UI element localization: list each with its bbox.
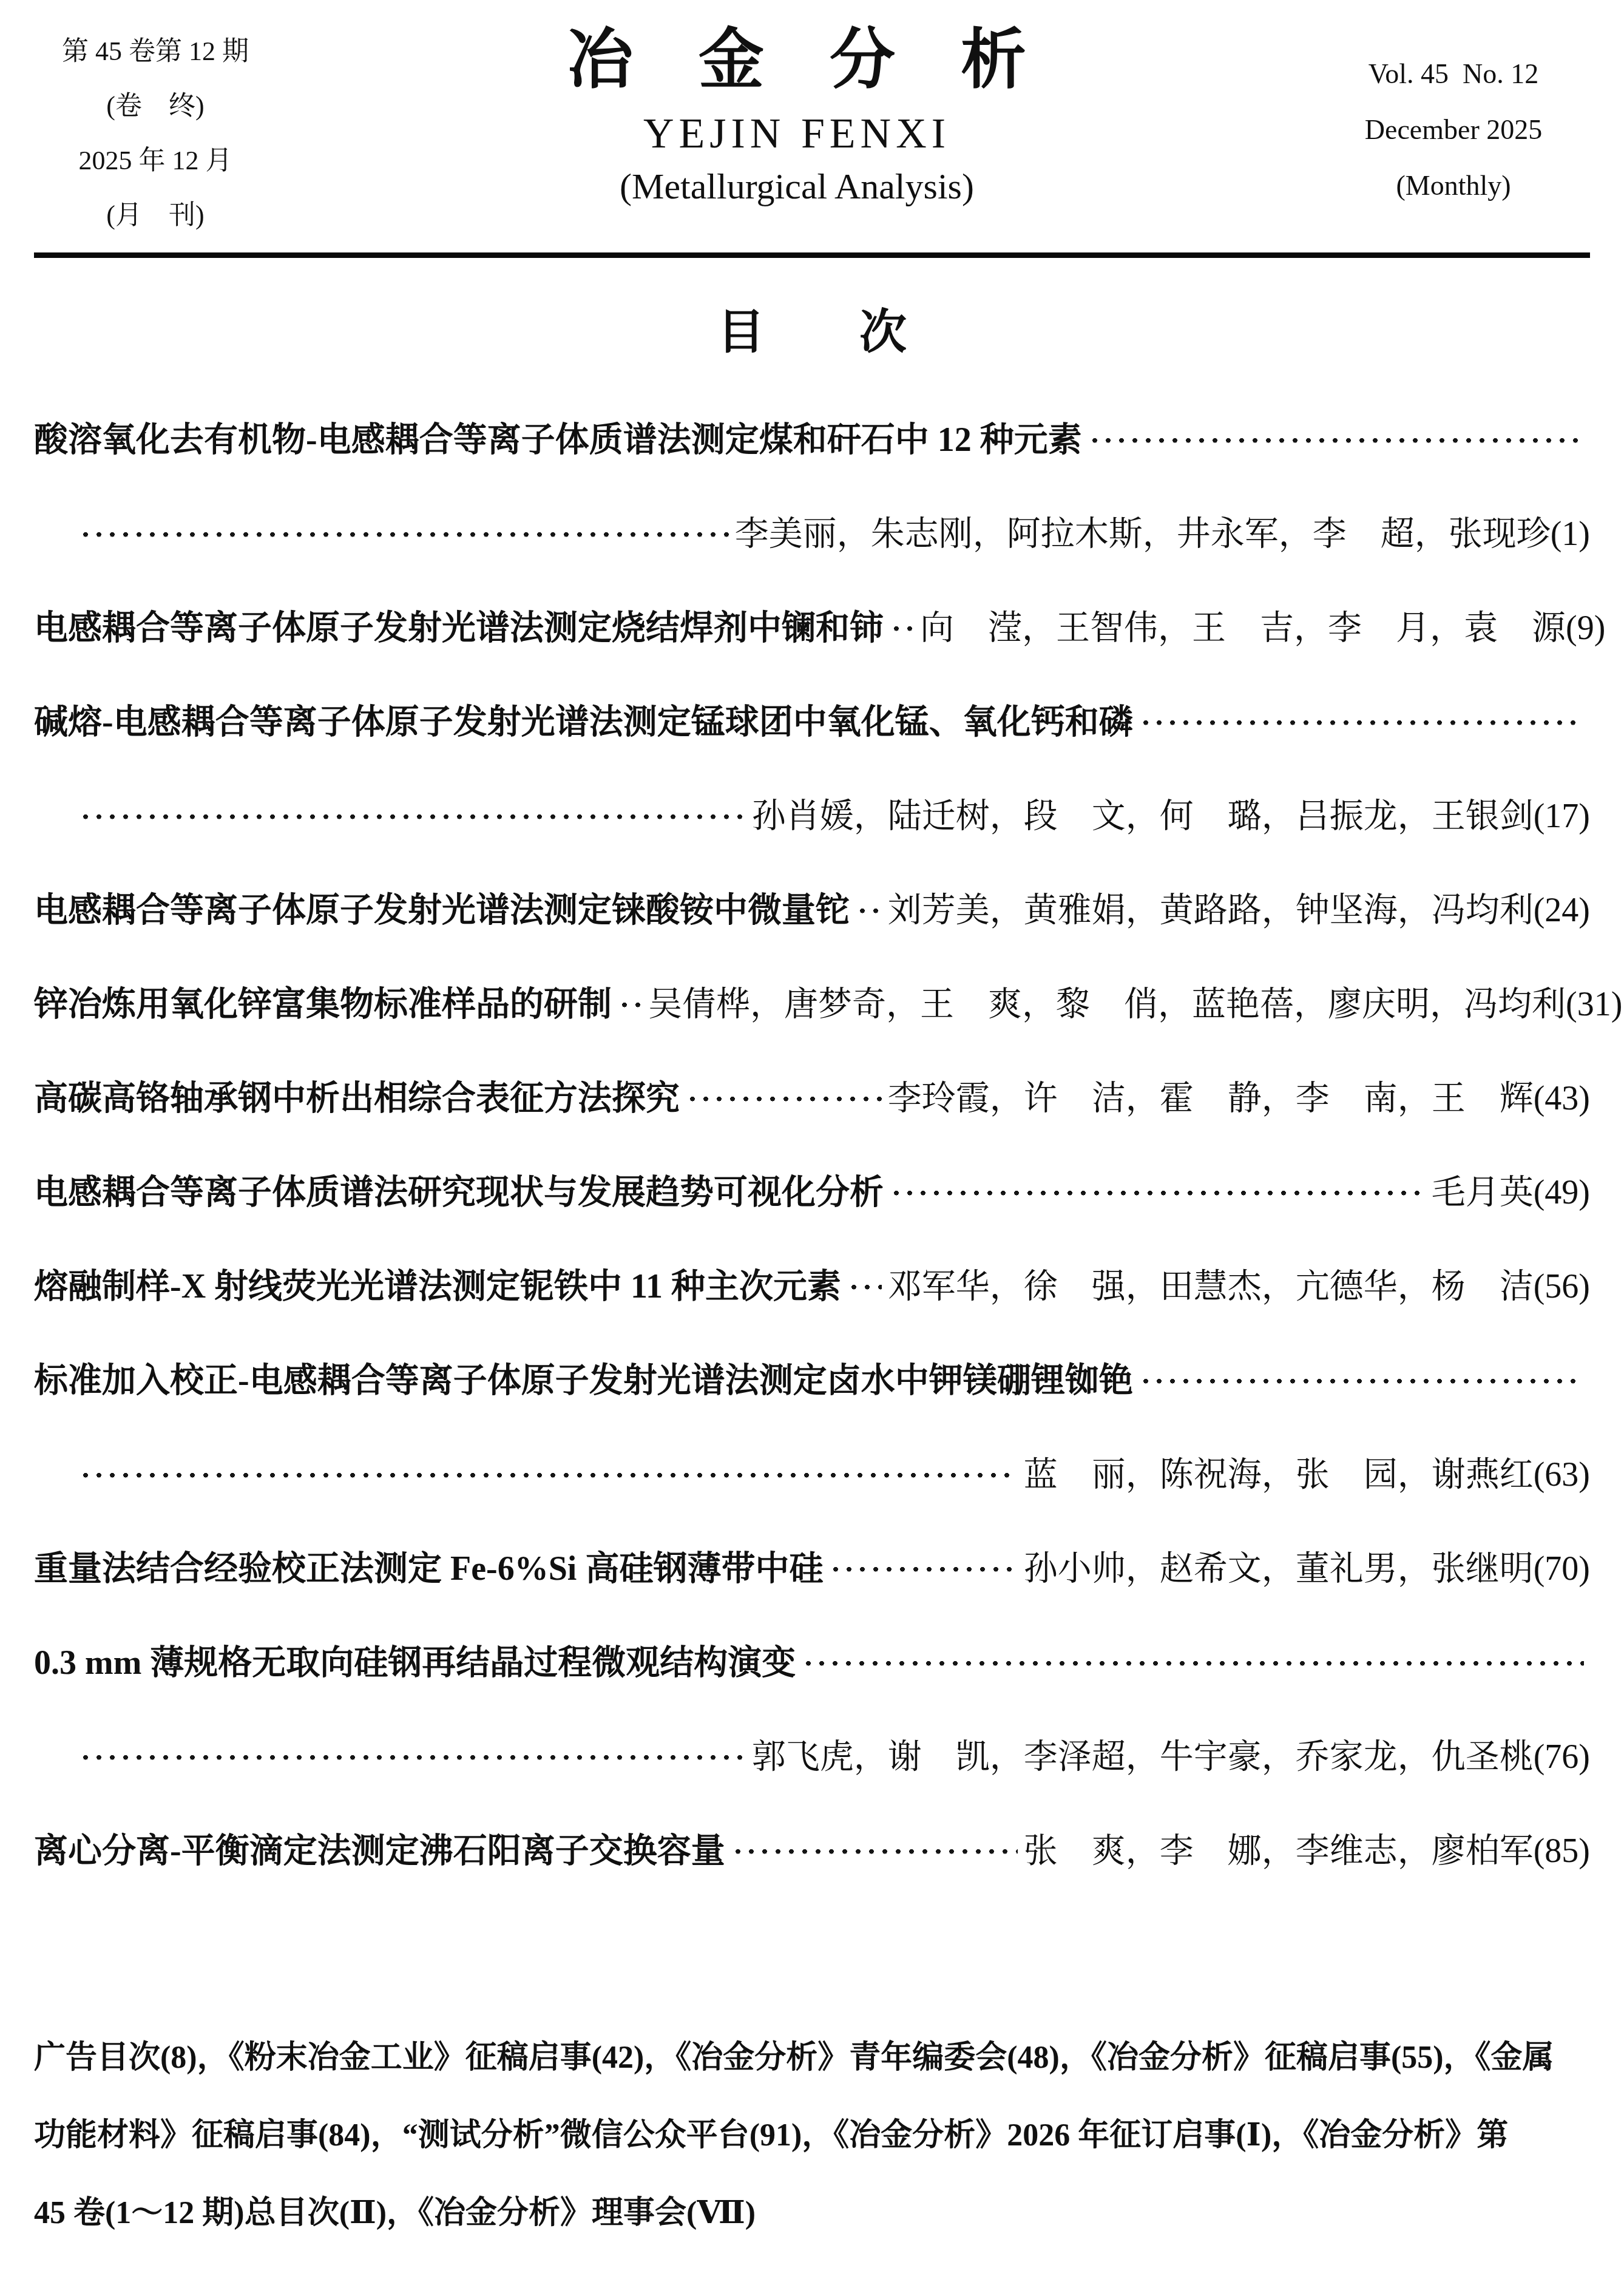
announcements-line: 45 卷(1～12 期)总目次(Ⅱ)，《冶金分析》理事会(Ⅶ) <box>34 2175 1590 2252</box>
article-authors-page: 郭飞虎，谢 凯，李泽超，牛宇豪，乔家龙，仇圣桃(76) <box>752 1730 1590 1778</box>
dot-leader <box>79 514 729 548</box>
dot-leader <box>79 1737 746 1771</box>
issue-info-cn: 第 45 卷第 12 期 (卷 终) 2025 年 12 月 (月 刊) <box>34 24 277 243</box>
dot-leader <box>618 984 642 1018</box>
dot-leader <box>1088 420 1584 454</box>
article-title: 熔融制样-X 射线荧光光谱法测定铌铁中 11 种主次元素 <box>34 1259 841 1308</box>
article-authors-page: 李美丽，朱志刚，阿拉木斯，井永军，李 超，张现珍(1) <box>735 507 1590 555</box>
toc-heading: 目 次 <box>34 309 1590 356</box>
article-authors-page: 吴倩桦，唐梦奇，王 爽，黎 俏，蓝艳蓓，廖庆明，冯均利(31) <box>648 977 1622 1026</box>
dot-leader <box>890 608 914 642</box>
issue-date-en: December 2025 <box>1317 102 1590 158</box>
toc-entry-line: 锌冶炼用氧化锌富集物标准样品的研制吴倩桦，唐梦奇，王 爽，黎 俏，蓝艳蓓，廖庆明… <box>34 954 1590 1048</box>
journal-title-cn: 冶 金 分 析 <box>277 24 1317 98</box>
toc-entry-line: 李美丽，朱志刚，阿拉木斯，井永军，李 超，张现珍(1) <box>34 484 1590 578</box>
dot-leader <box>1139 1361 1584 1395</box>
article-authors-page: 刘芳美，黄雅娟，黄路路，钟坚海，冯均利(24) <box>888 883 1590 932</box>
toc-list: 酸溶氧化去有机物-电感耦合等离子体质谱法测定煤和矸石中 12 种元素 李美丽，朱… <box>34 390 1590 1895</box>
journal-toc-page: 第 45 卷第 12 期 (卷 终) 2025 年 12 月 (月 刊) 冶 金… <box>0 0 1624 2285</box>
toc-entry-line: 电感耦合等离子体原子发射光谱法测定烧结焊剂中镧和铈向 滢，王智伟，王 吉，李 月… <box>34 578 1590 672</box>
article-title: 电感耦合等离子体质谱法研究现状与发展趋势可视化分析 <box>34 1165 884 1214</box>
toc-entry-line: 标准加入校正-电感耦合等离子体原子发射光谱法测定卤水中钾镁硼锂铷铯 <box>34 1330 1590 1424</box>
article-title: 电感耦合等离子体原子发射光谱法测定烧结焊剂中镧和铈 <box>34 601 884 649</box>
frequency-en: (Monthly) <box>1317 158 1590 214</box>
article-title: 离心分离-平衡滴定法测定沸石阳离子交换容量 <box>34 1824 725 1872</box>
article-title: 酸溶氧化去有机物-电感耦合等离子体质谱法测定煤和矸石中 12 种元素 <box>34 413 1082 461</box>
masthead: 第 45 卷第 12 期 (卷 终) 2025 年 12 月 (月 刊) 冶 金… <box>34 24 1590 243</box>
toc-entry-line: 孙肖媛，陆迁树，段 文，何 璐，吕振龙，王银剑(17) <box>34 766 1590 860</box>
article-authors-page: 邓军华，徐 强，田慧杰，亢德华，杨 洁(56) <box>888 1259 1590 1308</box>
dot-leader <box>847 1267 882 1301</box>
article-authors-page: 孙小帅，赵希文，董礼男，张继明(70) <box>1024 1542 1590 1590</box>
issue-info-en: Vol. 45 No. 12 December 2025 (Monthly) <box>1317 24 1590 214</box>
toc-entry-line: 0.3 mm 薄规格无取向硅钢再结晶过程微观结构演变 <box>34 1613 1590 1707</box>
toc-entry-line: 蓝 丽，陈祝海，张 园，谢燕红(63) <box>34 1424 1590 1518</box>
announcements-line: 广告目次(8)，《粉末冶金工业》征稿启事(42)，《冶金分析》青年编委会(48)… <box>34 2019 1590 2097</box>
dot-leader <box>686 1078 882 1112</box>
article-title: 重量法结合经验校正法测定 Fe-6%Si 高硅钢薄带中硅 <box>34 1542 823 1590</box>
dot-leader <box>856 890 882 924</box>
dot-leader <box>79 1455 1018 1489</box>
article-title: 锌冶炼用氧化锌富集物标准样品的研制 <box>34 977 612 1026</box>
dot-leader <box>890 1173 1426 1207</box>
issue-date-cn: 2025 年 12 月 <box>34 134 277 188</box>
article-title: 标准加入校正-电感耦合等离子体原子发射光谱法测定卤水中钾镁硼锂铷铯 <box>34 1353 1133 1402</box>
toc-entry-line: 重量法结合经验校正法测定 Fe-6%Si 高硅钢薄带中硅孙小帅，赵希文，董礼男，… <box>34 1518 1590 1613</box>
masthead-divider <box>34 252 1590 258</box>
announcements-line: 功能材料》征稿启事(84)，“测试分析”微信公众平台(91)，《冶金分析》202… <box>34 2097 1590 2175</box>
toc-entry-line: 酸溶氧化去有机物-电感耦合等离子体质谱法测定煤和矸石中 12 种元素 <box>34 390 1590 484</box>
article-title: 碱熔-电感耦合等离子体原子发射光谱法测定锰球团中氧化锰、氧化钙和磷 <box>34 695 1133 743</box>
toc-entry-line: 熔融制样-X 射线荧光光谱法测定铌铁中 11 种主次元素邓军华，徐 强，田慧杰，… <box>34 1236 1590 1330</box>
toc-entry-line: 电感耦合等离子体质谱法研究现状与发展趋势可视化分析毛月英(49) <box>34 1142 1590 1236</box>
volume-issue-cn: 第 45 卷第 12 期 <box>34 24 277 79</box>
journal-title-pinyin: YEJIN FENXI <box>277 110 1317 158</box>
article-title: 0.3 mm 薄规格无取向硅钢再结晶过程微观结构演变 <box>34 1636 796 1684</box>
article-authors-page: 毛月英(49) <box>1432 1165 1590 1214</box>
dot-leader <box>79 796 746 830</box>
toc-entry-line: 电感耦合等离子体原子发射光谱法测定铼酸铵中微量铊刘芳美，黄雅娟，黄路路，钟坚海，… <box>34 860 1590 954</box>
volume-issue-en: Vol. 45 No. 12 <box>1317 46 1590 102</box>
dot-leader <box>802 1643 1584 1677</box>
article-authors-page: 孙肖媛，陆迁树，段 文，何 璐，吕振龙，王银剑(17) <box>752 789 1590 838</box>
dot-leader <box>731 1831 1018 1865</box>
dot-leader <box>1139 702 1584 736</box>
article-authors-page: 向 滢，王智伟，王 吉，李 月，袁 源(9) <box>920 601 1605 649</box>
article-authors-page: 李玲霞，许 洁，霍 静，李 南，王 辉(43) <box>888 1071 1590 1120</box>
toc-entry-line: 高碳高铬轴承钢中析出相综合表征方法探究李玲霞，许 洁，霍 静，李 南，王 辉(4… <box>34 1048 1590 1142</box>
article-title: 电感耦合等离子体原子发射光谱法测定铼酸铵中微量铊 <box>34 883 850 932</box>
toc-entry-line: 离心分离-平衡滴定法测定沸石阳离子交换容量张 爽，李 娜，李维志，廖柏军(85) <box>34 1801 1590 1895</box>
article-authors-page: 张 爽，李 娜，李维志，廖柏军(85) <box>1024 1824 1590 1872</box>
dot-leader <box>829 1549 1017 1583</box>
journal-title-en: (Metallurgical Analysis) <box>277 166 1317 208</box>
toc-entry-line: 郭飞虎，谢 凯，李泽超，牛宇豪，乔家龙，仇圣桃(76) <box>34 1707 1590 1801</box>
toc-entry-line: 碱熔-电感耦合等离子体原子发射光谱法测定锰球团中氧化锰、氧化钙和磷 <box>34 672 1590 766</box>
announcements: 广告目次(8)，《粉末冶金工业》征稿启事(42)，《冶金分析》青年编委会(48)… <box>34 2019 1590 2252</box>
frequency-cn: (月 刊) <box>34 188 277 243</box>
article-authors-page: 蓝 丽，陈祝海，张 园，谢燕红(63) <box>1024 1447 1590 1496</box>
volume-end-note: (卷 终) <box>34 79 277 134</box>
journal-title-block: 冶 金 分 析 YEJIN FENXI (Metallurgical Analy… <box>277 24 1317 208</box>
article-title: 高碳高铬轴承钢中析出相综合表征方法探究 <box>34 1071 680 1120</box>
